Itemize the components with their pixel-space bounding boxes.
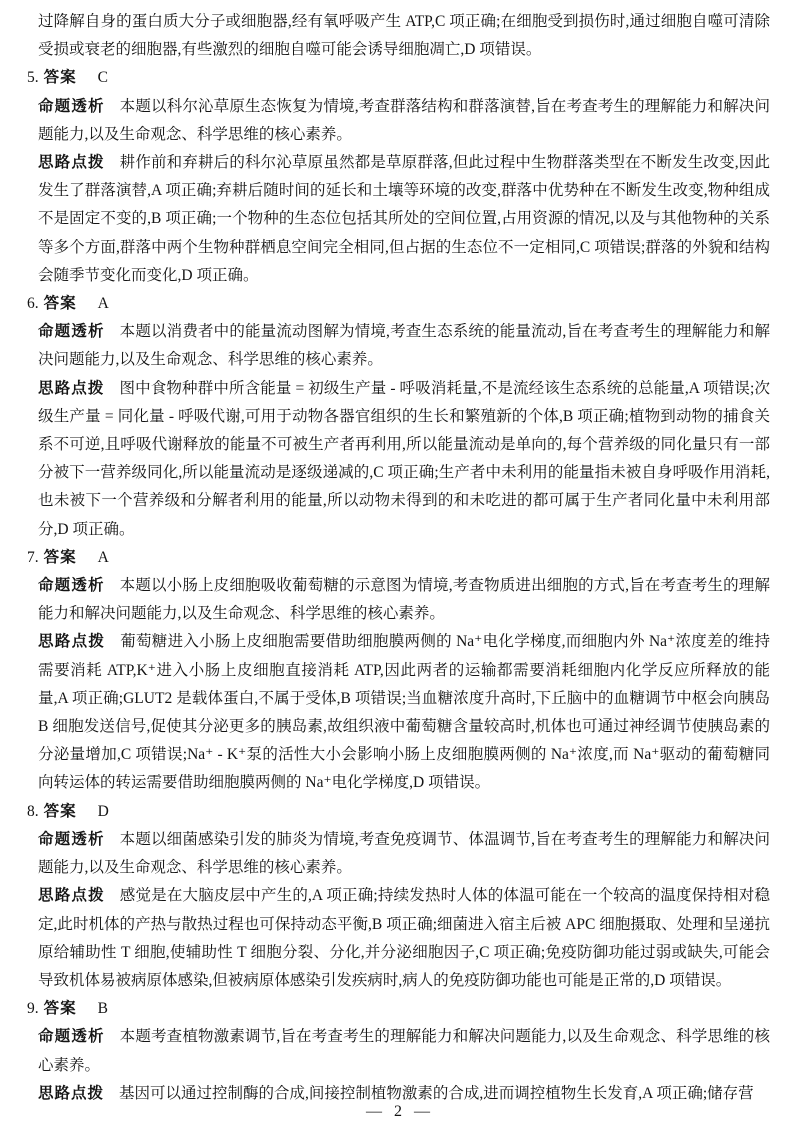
analysis-paragraph: 命题透析本题考查植物激素调节,旨在考查考生的理解能力和解决问题能力,以及生命观念… — [38, 1023, 770, 1079]
tips-text: 葡萄糖进入小肠上皮细胞需要借助细胞膜两侧的 Na⁺电化学梯度,而细胞内外 Na⁺… — [38, 633, 770, 791]
answer-value: B — [98, 1000, 108, 1017]
document-page: 过降解自身的蛋白质大分子或细胞器,经有氧呼吸产生 ATP,C 项正确;在细胞受到… — [0, 0, 800, 1131]
analysis-label: 命题透析 — [38, 577, 105, 594]
item-number: 6. — [27, 295, 39, 312]
answer-item-5: 5.答案C 命题透析本题以科尔沁草原生态恢复为情境,考查群落结构和群落演替,旨在… — [27, 64, 770, 290]
analysis-label: 命题透析 — [38, 98, 105, 115]
answer-item-8: 8.答案D 命题透析本题以细菌感染引发的肺炎为情境,考查免疫调节、体温调节,旨在… — [27, 798, 770, 995]
analysis-label: 命题透析 — [38, 831, 105, 848]
answer-value: C — [98, 69, 108, 86]
analysis-text: 本题以细菌感染引发的肺炎为情境,考查免疫调节、体温调节,旨在考查考生的理解能力和… — [38, 831, 770, 876]
tips-paragraph: 思路点拨图中食物种群中所含能量 = 初级生产量 - 呼吸消耗量,不是流经该生态系… — [38, 375, 770, 544]
answer-value: D — [98, 803, 109, 820]
item-number: 7. — [27, 549, 39, 566]
analysis-paragraph: 命题透析本题以细菌感染引发的肺炎为情境,考查免疫调节、体温调节,旨在考查考生的理… — [38, 826, 770, 882]
item-number: 9. — [27, 1000, 39, 1017]
analysis-paragraph: 命题透析本题以小肠上皮细胞吸收葡萄糖的示意图为情境,考查物质进出细胞的方式,旨在… — [38, 572, 770, 628]
tips-text: 感觉是在大脑皮层中产生的,A 项正确;持续发热时人体的体温可能在一个较高的温度保… — [38, 887, 770, 989]
answer-label: 答案 — [44, 295, 77, 312]
answer-value: A — [98, 549, 109, 566]
answer-line: 6.答案A — [27, 290, 770, 318]
answer-line: 7.答案A — [27, 544, 770, 572]
tips-paragraph: 思路点拨耕作前和弃耕后的科尔沁草原虽然都是草原群落,但此过程中生物群落类型在不断… — [38, 149, 770, 290]
tips-label: 思路点拨 — [38, 887, 105, 904]
answer-item-9: 9.答案B 命题透析本题考查植物激素调节,旨在考查考生的理解能力和解决问题能力,… — [27, 995, 770, 1108]
tips-label: 思路点拨 — [38, 154, 105, 171]
answer-label: 答案 — [44, 69, 77, 86]
analysis-text: 本题以科尔沁草原生态恢复为情境,考查群落结构和群落演替,旨在考查考生的理解能力和… — [38, 98, 770, 143]
tips-label: 思路点拨 — [38, 380, 105, 397]
analysis-paragraph: 命题透析本题以科尔沁草原生态恢复为情境,考查群落结构和群落演替,旨在考查考生的理… — [38, 93, 770, 149]
analysis-label: 命题透析 — [38, 1028, 105, 1045]
tips-paragraph: 思路点拨感觉是在大脑皮层中产生的,A 项正确;持续发热时人体的体温可能在一个较高… — [38, 882, 770, 995]
analysis-text: 本题考查植物激素调节,旨在考查考生的理解能力和解决问题能力,以及生命观念、科学思… — [38, 1028, 770, 1073]
item-number: 8. — [27, 803, 39, 820]
continuation-text: 过降解自身的蛋白质大分子或细胞器,经有氧呼吸产生 ATP,C 项正确;在细胞受到… — [38, 13, 770, 58]
tips-paragraph: 思路点拨葡萄糖进入小肠上皮细胞需要借助细胞膜两侧的 Na⁺电化学梯度,而细胞内外… — [38, 628, 770, 797]
answer-label: 答案 — [44, 549, 77, 566]
item-number: 5. — [27, 69, 39, 86]
page-number: — 2 — — [0, 1098, 800, 1126]
analysis-paragraph: 命题透析本题以消费者中的能量流动图解为情境,考查生态系统的能量流动,旨在考查考生… — [38, 318, 770, 374]
analysis-text: 本题以小肠上皮细胞吸收葡萄糖的示意图为情境,考查物质进出细胞的方式,旨在考查考生… — [38, 577, 770, 622]
answer-item-6: 6.答案A 命题透析本题以消费者中的能量流动图解为情境,考查生态系统的能量流动,… — [27, 290, 770, 544]
answer-line: 5.答案C — [27, 64, 770, 92]
analysis-text: 本题以消费者中的能量流动图解为情境,考查生态系统的能量流动,旨在考查考生的理解能… — [38, 323, 770, 368]
answer-value: A — [98, 295, 109, 312]
analysis-label: 命题透析 — [38, 323, 105, 340]
answer-line: 9.答案B — [27, 995, 770, 1023]
tips-text: 耕作前和弃耕后的科尔沁草原虽然都是草原群落,但此过程中生物群落类型在不断发生改变… — [38, 154, 770, 284]
answer-label: 答案 — [44, 803, 77, 820]
answer-label: 答案 — [44, 1000, 77, 1017]
tips-text: 图中食物种群中所含能量 = 初级生产量 - 呼吸消耗量,不是流经该生态系统的总能… — [38, 380, 770, 538]
answer-line: 8.答案D — [27, 798, 770, 826]
answer-item-7: 7.答案A 命题透析本题以小肠上皮细胞吸收葡萄糖的示意图为情境,考查物质进出细胞… — [27, 544, 770, 798]
tips-label: 思路点拨 — [38, 633, 105, 650]
continuation-paragraph: 过降解自身的蛋白质大分子或细胞器,经有氧呼吸产生 ATP,C 项正确;在细胞受到… — [38, 8, 770, 64]
